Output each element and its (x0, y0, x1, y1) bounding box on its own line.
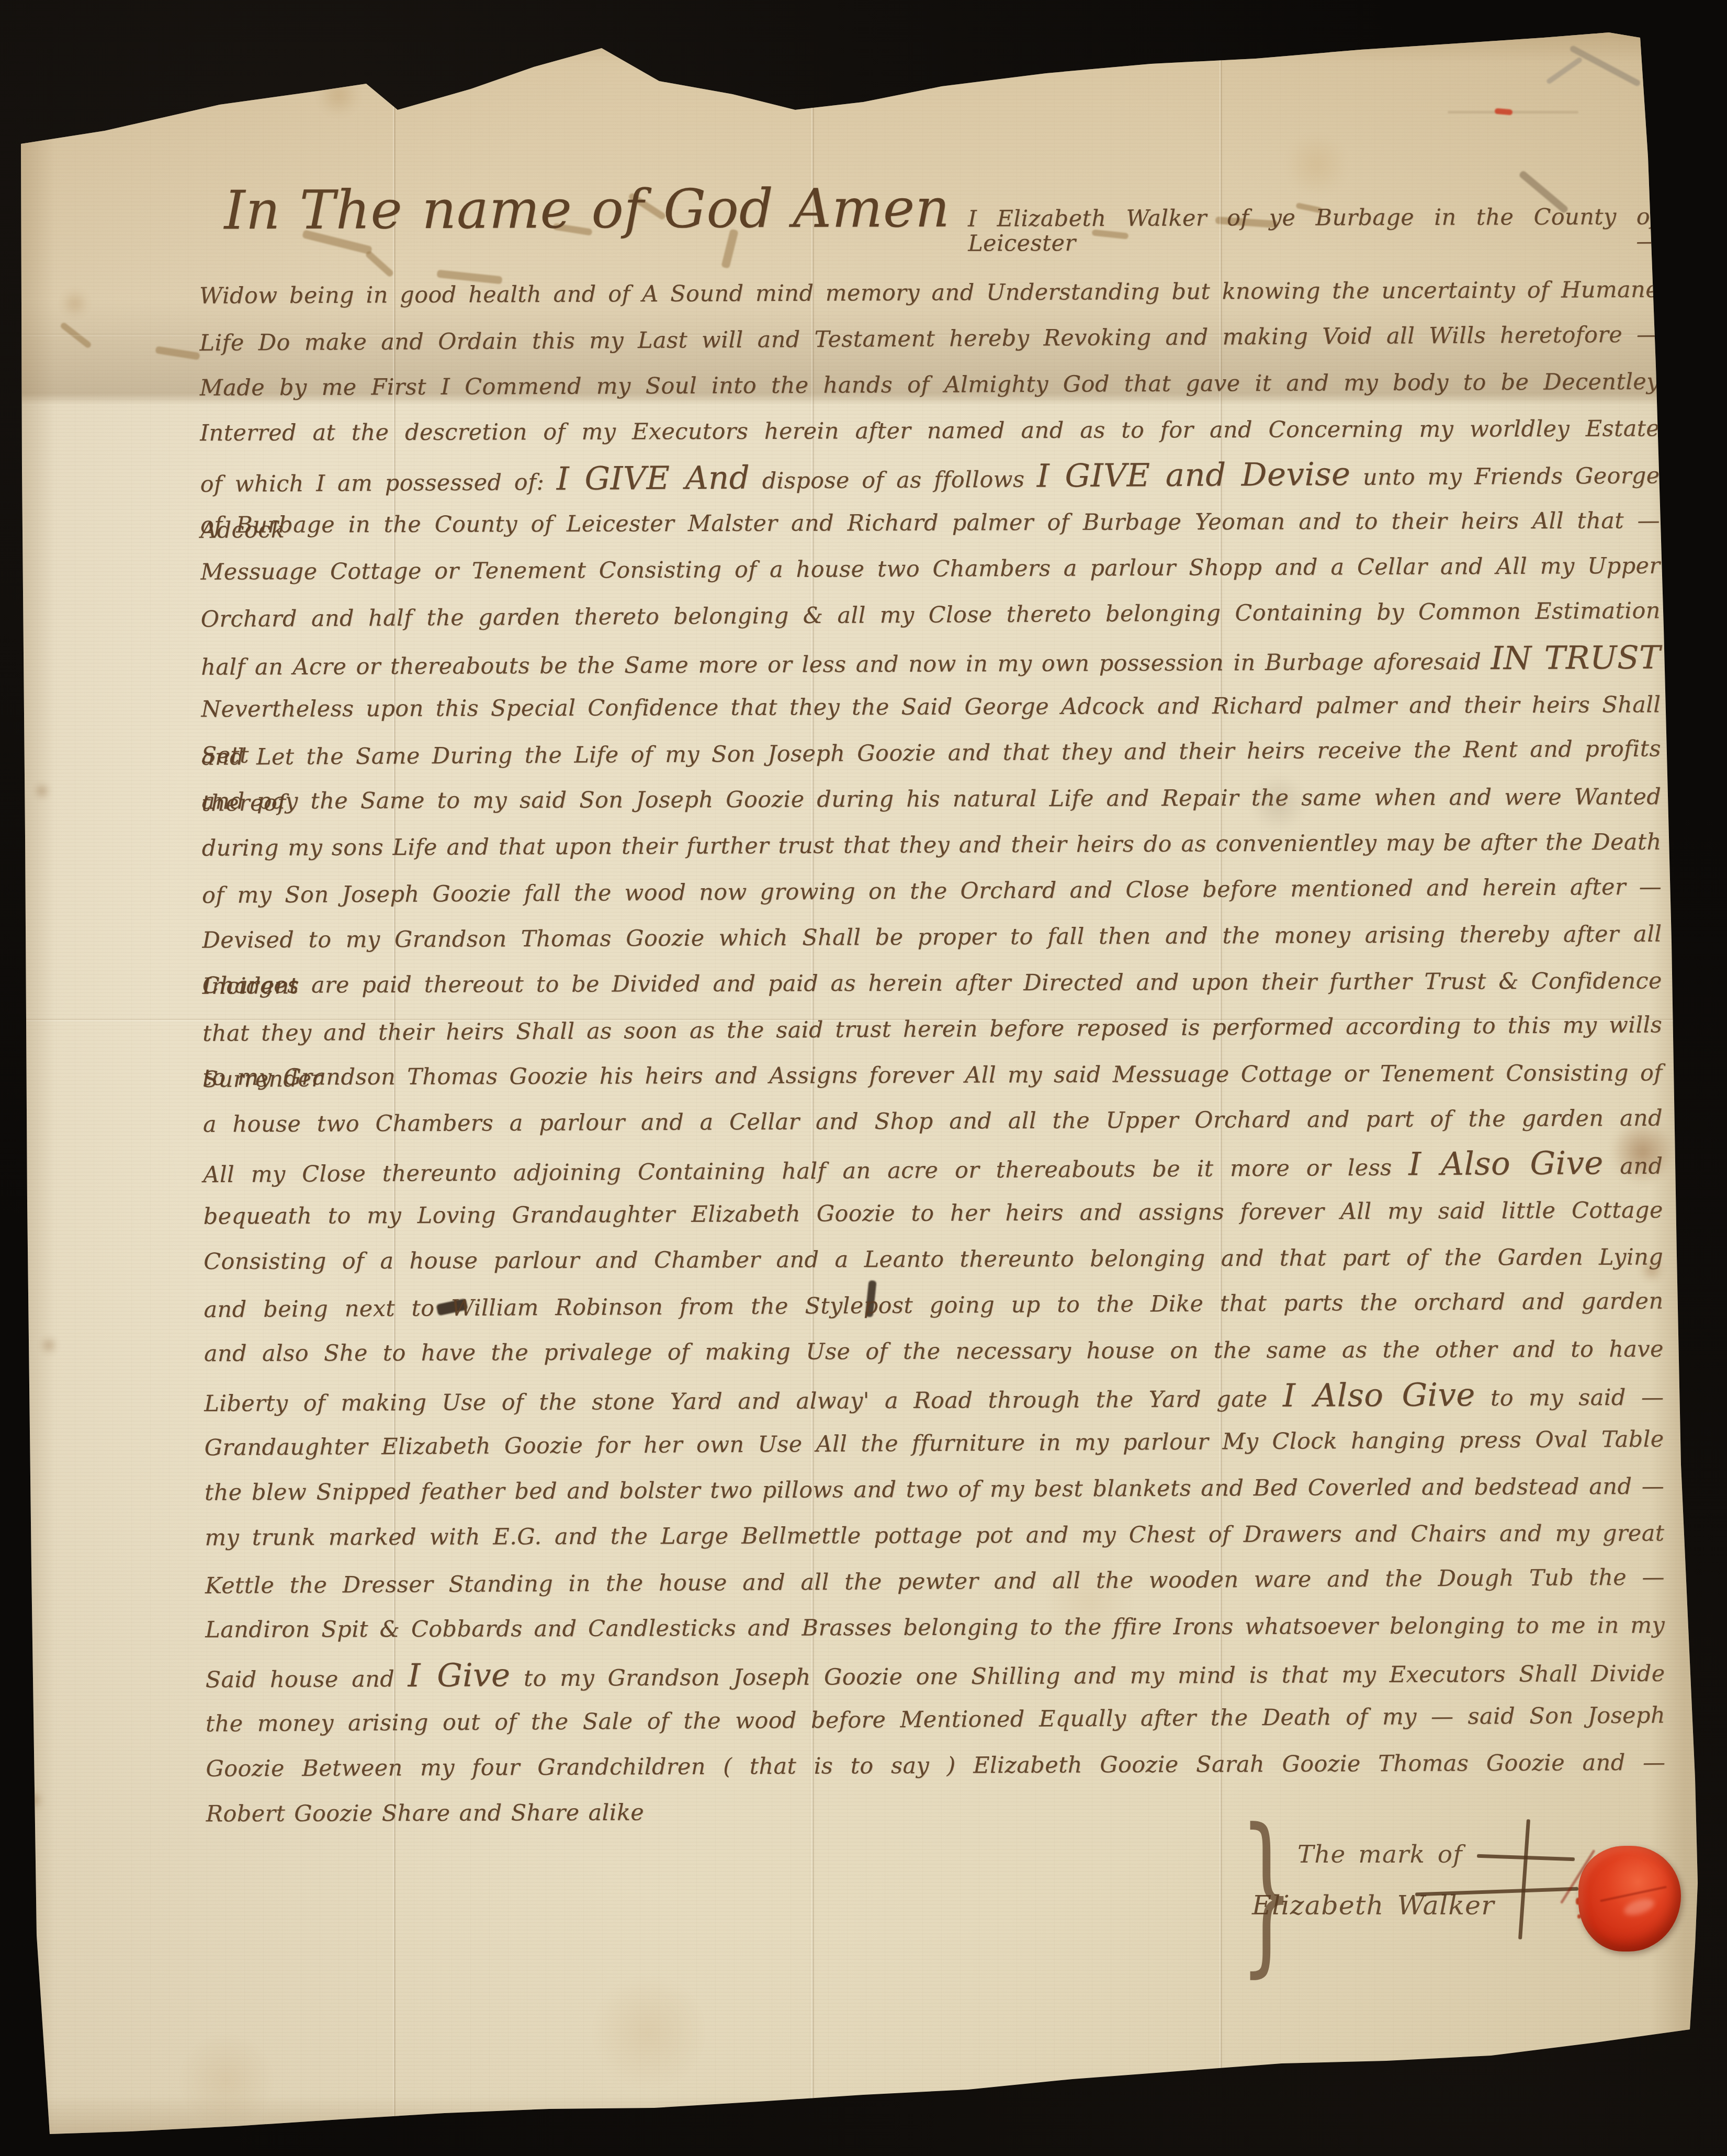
line-segment: I Give (408, 1656, 510, 1694)
manuscript-line: of Burbage in the County of Leicester Ma… (200, 498, 1660, 549)
manuscript-line: that they and their heirs Shall as soon … (202, 1002, 1662, 1057)
manuscript-line: Grandaughter Elizabeth Goozie for her ow… (204, 1416, 1664, 1471)
wax-seal-highlight (1622, 1896, 1656, 1918)
line-segment: to my said — (1475, 1385, 1664, 1412)
line-segment: dispose of as ffollows (750, 467, 1037, 494)
line-segment: Grandaughter Elizabeth Goozie for her ow… (205, 1426, 1664, 1461)
manuscript-line: and being next to William Robinson from … (204, 1278, 1663, 1333)
wax-seal-crease (1600, 1886, 1667, 1902)
manuscript-line: to my Grandson Thomas Goozie his heirs a… (202, 1050, 1662, 1101)
line-segment: of which I am possessed of: (200, 469, 556, 497)
line-segment: Messuage Cottage or Tenement Consisting … (200, 553, 1660, 585)
wax-seal (1578, 1846, 1681, 1951)
line-segment: and being next to William Robinson from … (204, 1288, 1663, 1323)
manuscript-line: Liberty of making Use of the stone Yard … (204, 1371, 1664, 1424)
stain (35, 784, 49, 798)
manuscript-line: a house two Chambers a parlour and a Cel… (203, 1095, 1663, 1148)
line-segment: a house two Chambers a parlour and a Cel… (203, 1105, 1663, 1138)
manuscript-line: the blew Snipped feather bed and bolster… (205, 1463, 1664, 1516)
photo-background: In The name of God AmenI Elizabeth Walke… (0, 0, 1727, 2156)
line-segment: Charges are paid thereout to be Divided … (202, 968, 1662, 999)
manuscript-line: Kettle the Dresser Standing in the house… (205, 1554, 1665, 1609)
pencil-check-mark (1545, 56, 1583, 85)
manuscript-line: Nevertheless upon this Special Confidenc… (201, 682, 1661, 733)
manuscript-line: during my sons Life and that upon their … (201, 819, 1661, 871)
line-segment: Interred at the descretion of my Executo… (200, 416, 1660, 447)
line-segment: and also She to have the privalege of ma… (204, 1336, 1664, 1367)
line-segment: the money arising out of the Sale of the… (206, 1703, 1665, 1738)
manuscript-line: of which I am possessed of: I GIVE And d… (200, 450, 1660, 505)
signature-mark-of-text: The mark of (1297, 1840, 1463, 1869)
testator-cross-mark (1518, 1819, 1530, 1939)
line-segment: Said house and (205, 1666, 408, 1693)
line-segment: Landiron Spit & Cobbards and Candlestick… (205, 1613, 1665, 1643)
line-segment: the blew Snipped feather bed and bolster… (205, 1473, 1664, 1506)
line-segment: half an Acre or thereabouts be the Same … (201, 649, 1491, 680)
manuscript-line: Widow being in good health and of A Soun… (199, 267, 1659, 319)
line-segment: IN TRUST (1491, 639, 1661, 677)
manuscript-text: In The name of God AmenI Elizabeth Walke… (199, 165, 1666, 1838)
line-segment: Consisting of a house parlour and Chambe… (204, 1244, 1663, 1275)
manuscript-line: Devised to my Grandson Thomas Goozie whi… (202, 911, 1662, 963)
tape-mark (155, 346, 200, 360)
red-ink-mark (1495, 108, 1513, 116)
line-segment: of my Son Joseph Goozie fall the wood no… (202, 874, 1662, 909)
line-segment: I Elizabeth Walker of ye Burbage in the … (968, 205, 1659, 257)
line-segment: Robert Goozie Share and Share alike (206, 1800, 645, 1828)
manuscript-line: of my Son Joseph Goozie fall the wood no… (202, 864, 1662, 919)
line-segment: to my Grandson Joseph Goozie one Shillin… (510, 1661, 1665, 1692)
testator-cross-stroke (1415, 1887, 1578, 1897)
manuscript-line: bequeath to my Loving Grandaughter Eliza… (204, 1187, 1663, 1240)
line-segment: and (1604, 1153, 1663, 1180)
line-segment: Kettle the Dresser Standing in the house… (205, 1564, 1665, 1599)
line-segment: Widow being in good health and of A Soun… (199, 277, 1659, 309)
manuscript-line: Said house and I Give to my Grandson Jos… (205, 1648, 1665, 1700)
line-segment: In The name of God Amen (224, 182, 950, 237)
line-segment: Liberty of making Use of the stone Yard … (204, 1386, 1283, 1417)
manuscript-line: and pay the Same to my said Son Joseph G… (201, 774, 1661, 825)
signature-name: Elizabeth Walker (1252, 1890, 1495, 1921)
manuscript-line: Orchard and half the garden thereto belo… (200, 588, 1660, 643)
pencil-line (1448, 111, 1578, 114)
line-segment: Made by me First I Commend my Soul into … (200, 369, 1660, 401)
line-segment: of Burbage in the County of Leicester Ma… (200, 508, 1660, 539)
manuscript-line: the money arising out of the Sale of the… (206, 1693, 1665, 1748)
manuscript-line: and Let the Same During the Life of my S… (201, 726, 1661, 781)
line-segment: Orchard and half the garden thereto belo… (201, 598, 1661, 633)
manuscript-line: In The name of God AmenI Elizabeth Walke… (199, 166, 1659, 273)
manuscript-line: Landiron Spit & Cobbards and Candlestick… (205, 1603, 1665, 1653)
manuscript-line: Messuage Cottage or Tenement Consisting … (200, 543, 1660, 595)
line-segment: Life Do make and Ordain this my Last wil… (199, 322, 1659, 357)
line-segment: I GIVE and Devise (1037, 456, 1351, 495)
line-segment: to my Grandson Thomas Goozie his heirs a… (202, 1060, 1662, 1091)
manuscript-line: and also She to have the privalege of ma… (204, 1326, 1664, 1377)
manuscript-line: Goozie Between my four Grandchildren ( t… (206, 1740, 1665, 1792)
manuscript-line: Made by me First I Commend my Soul into … (200, 359, 1660, 411)
manuscript-line: Life Do make and Ordain this my Last wil… (199, 312, 1659, 367)
stain (179, 2034, 274, 2128)
line-segment: Goozie Between my four Grandchildren ( t… (206, 1750, 1665, 1782)
tape-mark (60, 322, 93, 349)
manuscript-line: half an Acre or thereabouts be the Same … (201, 635, 1661, 687)
manuscript-line: Interred at the descretion of my Executo… (200, 406, 1660, 457)
line-segment: I Also Give (1408, 1144, 1604, 1183)
manuscript-line: my trunk marked with E.G. and the Large … (205, 1511, 1664, 1561)
line-segment: my trunk marked with E.G. and the Large … (205, 1520, 1664, 1551)
line-segment: bequeath to my Loving Grandaughter Eliza… (204, 1197, 1663, 1230)
manuscript-line: Consisting of a house parlour and Chambe… (204, 1234, 1663, 1285)
stain (318, 74, 359, 116)
line-segment: I GIVE And (556, 459, 750, 497)
pencil-check-mark (1569, 44, 1641, 87)
stain (61, 290, 88, 317)
line-segment: All my Close thereunto adjoining Contain… (203, 1155, 1408, 1188)
manuscript-line: All my Close thereunto adjoining Contain… (203, 1140, 1663, 1195)
stain (41, 1337, 57, 1353)
stain (24, 1791, 42, 1809)
line-segment: I Also Give (1283, 1376, 1475, 1414)
stain (591, 1975, 706, 2090)
line-segment: during my sons Life and that upon their … (202, 829, 1662, 861)
line-segment: and pay the Same to my said Son Joseph G… (201, 784, 1661, 815)
manuscript-line: Charges are paid thereout to be Divided … (202, 958, 1662, 1009)
paper-sheet: In The name of God AmenI Elizabeth Walke… (18, 31, 1700, 2139)
